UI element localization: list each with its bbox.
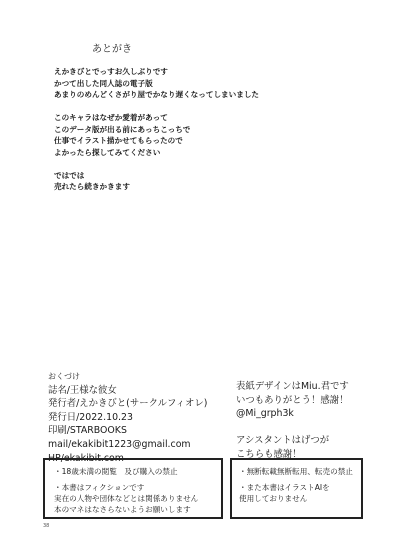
colophon-printer-line: 印刷/STARBOOKS (48, 424, 207, 438)
notice-no-reprint: ・無断転載無断転用、転売の禁止 (239, 466, 361, 477)
assistant-line: アシスタントはげつが (236, 434, 349, 448)
notice-box-right: ・無断転載無断転用、転売の禁止 ・また本書はイラストAIを 使用しておりません (230, 458, 363, 519)
afterword-heading: あとがき (92, 40, 132, 55)
notice-box-left: ・18歳未満の閲覧 及び購入の禁止 ・本書はフィクションです 実在の人物や団体な… (43, 458, 223, 519)
afterword-line: えかきびとでっすお久しぶりです (54, 66, 259, 78)
afterword-line: このキャラはなぜか愛着があって (54, 112, 259, 124)
credit-line: いつもありがとう！感謝！ (236, 394, 349, 408)
credit-line: 表紙デザインはMiu.君です (236, 380, 349, 394)
credits: 表紙デザインはMiu.君です いつもありがとう！感謝！ @Mi_grph3k ア… (236, 380, 349, 462)
credit-handle: @Mi_grph3k (236, 407, 349, 421)
notice-fiction-line: 実在の人物や団体などとは関係ありません (54, 493, 221, 504)
afterword-line: あまりのめんどくさがり屋でかなり遅くなってしまいました (54, 89, 259, 101)
page-number: 38 (43, 523, 49, 529)
afterword-line: このデータ版が出る前にあっちこっちで (54, 124, 259, 136)
colophon-title-line: 誌名/王様な彼女 (48, 384, 207, 398)
afterword-line: かつて出した同人誌の電子版 (54, 78, 259, 90)
notice-age-restriction: ・18歳未満の閲覧 及び購入の禁止 (54, 466, 221, 477)
colophon-mail-line: mail/ekakibit1223@gmail.com (48, 438, 207, 452)
notice-no-ai: ・また本書はイラストAIを (239, 482, 361, 493)
afterword-line: 仕事でイラスト描かせてもらったので (54, 135, 259, 147)
colophon: おくづけ 誌名/王様な彼女 発行者/えかきびと(サークルフィオレ) 発行日/20… (48, 370, 207, 465)
colophon-date-line: 発行日/2022.10.23 (48, 411, 207, 425)
colophon-publisher-line: 発行者/えかきびと(サークルフィオレ) (48, 397, 207, 411)
afterword-line: 売れたら続きかきます (54, 181, 259, 193)
afterword-line: ではでは (54, 170, 259, 182)
colophon-title: おくづけ (48, 370, 207, 384)
afterword-line: よかったら探してみてください (54, 147, 259, 159)
notice-fiction: ・本書はフィクションです (54, 482, 221, 493)
notice-no-ai-line: 使用しておりません (239, 493, 361, 504)
notice-fiction-line: 本のマネはなさらないようお願いします (54, 504, 221, 515)
afterword-text: えかきびとでっすお久しぶりです かつて出した同人誌の電子版 あまりのめんどくさが… (54, 66, 259, 193)
